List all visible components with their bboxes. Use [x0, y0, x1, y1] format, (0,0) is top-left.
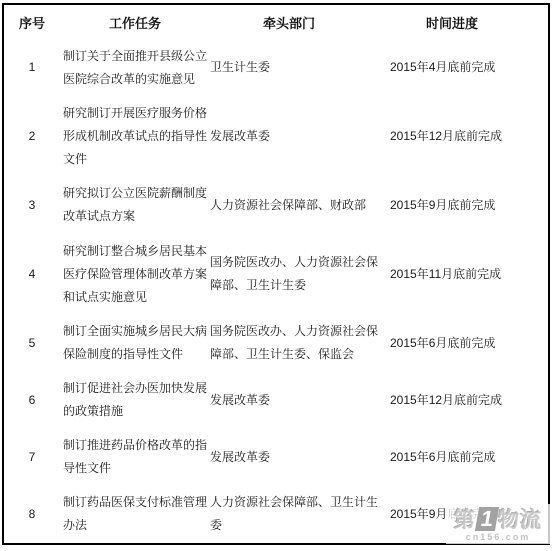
row-dept: 发展改革委: [210, 96, 382, 177]
row-dept: 发展改革委: [210, 372, 382, 429]
row-dept: 人力资源社会保障部、卫生计生委: [210, 486, 382, 543]
row-time: 2015年12月底前完成: [382, 372, 548, 429]
site-watermark-logo: 第 1 物流 cn156.com: [446, 504, 550, 544]
row-dept: 国务院医改办、人力资源社会保障部、卫生计生委、保监会: [210, 314, 382, 371]
table-row: 5 制订全面实施城乡居民大病保险制度的指导性文件 国务院医改办、人力资源社会保障…: [4, 314, 548, 371]
row-number: 1: [4, 39, 60, 96]
table-row: 7 制订推进药品价格改革的指导性文件 发展改革委 2015年6月底前完成: [4, 429, 548, 486]
row-task: 制订全面实施城乡居民大病保险制度的指导性文件: [60, 314, 210, 371]
row-time: 2015年4月底前完成: [382, 39, 548, 96]
row-number: 5: [4, 314, 60, 371]
row-number: 4: [4, 234, 60, 315]
table-row: 3 研究拟订公立医院薪酬制度改革试点方案 人力资源社会保障部、财政部 2015年…: [4, 177, 548, 234]
row-dept: 国务院医改办、人力资源社会保障部、卫生计生委: [210, 234, 382, 315]
row-time: 2015年6月底前完成: [382, 314, 548, 371]
row-dept: 卫生计生委: [210, 39, 382, 96]
column-header-time: 时间进度: [382, 5, 548, 39]
column-header-task: 工作任务: [60, 5, 210, 39]
column-header-num: 序号: [4, 5, 60, 39]
row-time: 2015年11月底前完成: [382, 234, 548, 315]
row-task: 制订促进社会办医加快发展的政策措施: [60, 372, 210, 429]
task-table-frame: 序号 工作任务 牵头部门 时间进度 1 制订关于全面推开县级公立医院综合改革的实…: [2, 3, 550, 545]
row-task: 研究制订开展医疗服务价格形成机制改革试点的指导性文件: [60, 96, 210, 177]
row-dept: 人力资源社会保障部、财政部: [210, 177, 382, 234]
row-dept: 发展改革委: [210, 429, 382, 486]
row-task: 制订推进药品价格改革的指导性文件: [60, 429, 210, 486]
row-number: 7: [4, 429, 60, 486]
row-time: 2015年12月底前完成: [382, 96, 548, 177]
row-task: 研究拟订公立医院薪酬制度改革试点方案: [60, 177, 210, 234]
row-number: 8: [4, 486, 60, 543]
task-table: 序号 工作任务 牵头部门 时间进度 1 制订关于全面推开县级公立医院综合改革的实…: [4, 5, 548, 543]
row-task: 研究制订整合城乡居民基本医疗保险管理体制改革方案和试点实施意见: [60, 234, 210, 315]
table-row: 1 制订关于全面推开县级公立医院综合改革的实施意见 卫生计生委 2015年4月底…: [4, 39, 548, 96]
header-row: 序号 工作任务 牵头部门 时间进度: [4, 5, 548, 39]
row-number: 6: [4, 372, 60, 429]
watermark-brand: 第 1 物流: [446, 506, 550, 532]
row-task: 制订药品医保支付标准管理办法: [60, 486, 210, 543]
table-row: 4 研究制订整合城乡居民基本医疗保险管理体制改革方案和试点实施意见 国务院医改办…: [4, 234, 548, 315]
row-number: 2: [4, 96, 60, 177]
watermark-brand-suffix: 物流: [498, 504, 542, 534]
row-time: 2015年6月底前完成: [382, 429, 548, 486]
watermark-brand-prefix: 第: [454, 504, 476, 534]
table-row: 2 研究制订开展医疗服务价格形成机制改革试点的指导性文件 发展改革委 2015年…: [4, 96, 548, 177]
column-header-dept: 牵头部门: [210, 5, 382, 39]
watermark-number-badge: 1: [475, 507, 499, 531]
row-time: 2015年9月底前完成: [382, 177, 548, 234]
row-task: 制订关于全面推开县级公立医院综合改革的实施意见: [60, 39, 210, 96]
table-row: 6 制订促进社会办医加快发展的政策措施 发展改革委 2015年12月底前完成: [4, 372, 548, 429]
row-number: 3: [4, 177, 60, 234]
